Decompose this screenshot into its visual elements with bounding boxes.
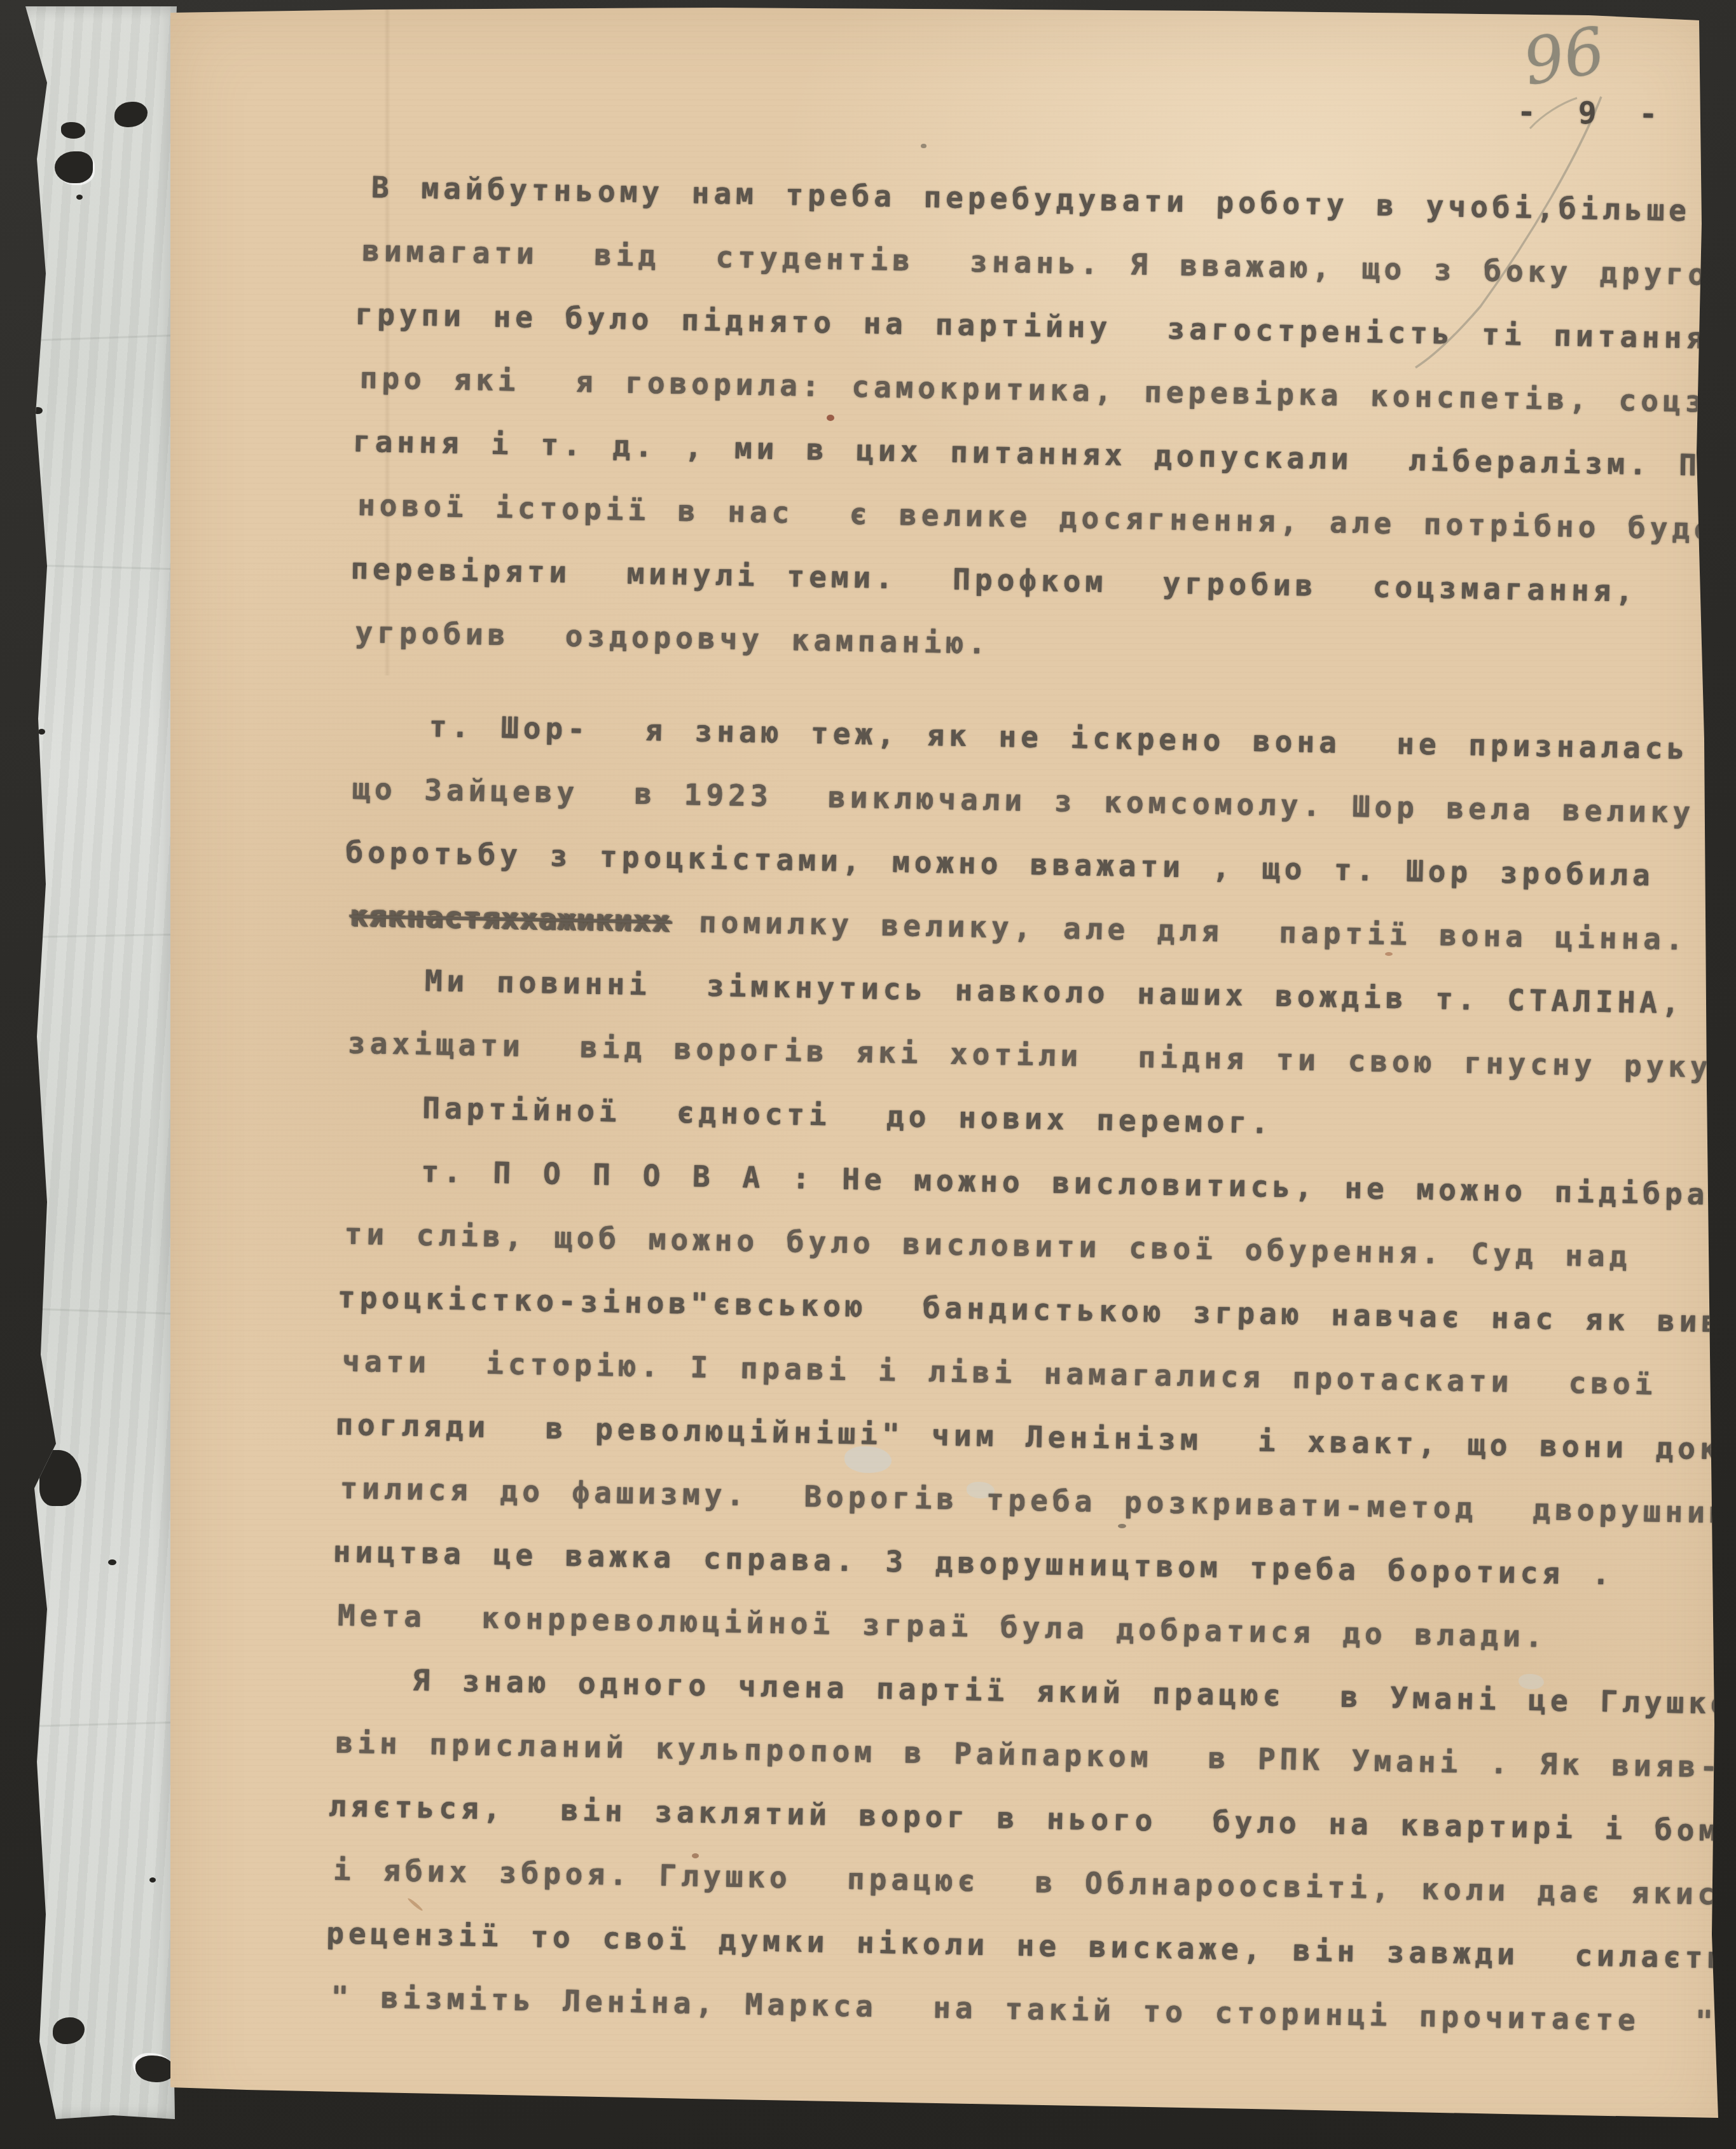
paper-crease — [18, 934, 177, 938]
typed-text-block: В майбутньому нам треба перебудувати роб… — [328, 155, 1709, 2052]
torn-page-strip — [18, 6, 177, 2119]
ink-hole — [55, 151, 93, 183]
ink-speck — [76, 195, 83, 200]
paragraph: Я знаю одного члена партії який працює в… — [328, 1647, 1683, 2053]
overstruck-word: кякнастяххажикихх — [350, 899, 672, 939]
line-remainder: помилку велику, але для партії вона цінн… — [671, 904, 1688, 957]
torn-notch — [39, 1450, 81, 1506]
paper-crease — [18, 1722, 177, 1728]
ink-hole — [53, 2017, 85, 2044]
ink-speck — [108, 1559, 116, 1565]
paragraph: В майбутньому нам треба перебудувати роб… — [352, 155, 1709, 688]
paper-crease — [18, 335, 177, 342]
paper-crease — [18, 564, 177, 570]
ink-speck — [33, 407, 43, 414]
scan-background: { "artifact": { "handwritten_page_number… — [0, 0, 1736, 2149]
paragraph: т. П О П О В А : Не можно висловитись, н… — [334, 1138, 1691, 1671]
ink-hole — [61, 122, 85, 139]
paragraph: т. Шор- я знаю теж, як не іскрено вона н… — [347, 693, 1700, 972]
document-page: 96 - 9 - В майбутньому нам треба перебуд… — [170, 8, 1723, 2149]
typed-page-number: - 9 - — [1517, 94, 1665, 132]
ink-speck — [38, 729, 45, 735]
paper-crease — [18, 1308, 177, 1315]
paragraph: Ми повинні зімкнутись навколо наших вожд… — [343, 948, 1695, 1163]
handwritten-page-number: 96 — [1518, 13, 1611, 100]
ink-hole — [114, 102, 148, 127]
ink-speck — [149, 1877, 156, 1883]
paper-speck — [921, 144, 927, 148]
ink-hole — [135, 2056, 175, 2082]
